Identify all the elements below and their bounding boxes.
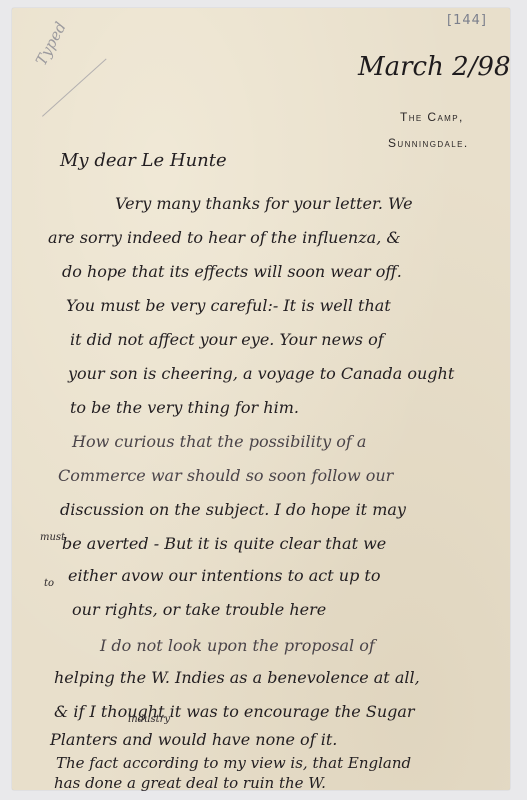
letter-line-8: How curious that the possibility of a bbox=[72, 432, 366, 451]
letter-line-5: it did not affect your eye. Your news of bbox=[70, 330, 384, 349]
letter-line-7: to be the very thing for him. bbox=[70, 398, 299, 417]
letter-line-17: Planters and would have none of it. bbox=[50, 730, 337, 749]
letter-line-10: discussion on the subject. I do hope it … bbox=[60, 500, 406, 519]
letter-line-4: You must be very careful:- It is well th… bbox=[66, 296, 391, 315]
letterhead-line-2: Sunningdale. bbox=[388, 136, 469, 150]
salutation: My dear Le Hunte bbox=[60, 150, 227, 171]
letter-line-2: are sorry indeed to hear of the influenz… bbox=[48, 228, 401, 247]
letter-line-19: has done a great deal to ruin the W. bbox=[54, 774, 326, 792]
letter-line-6: your son is cheering, a voyage to Canada… bbox=[68, 364, 454, 383]
insertion-industry: industry bbox=[128, 714, 170, 725]
letter-line-11: be averted - But it is quite clear that … bbox=[62, 534, 386, 553]
archive-number-stamp: [144] bbox=[447, 13, 487, 28]
letter-line-15: helping the W. Indies as a benevolence a… bbox=[54, 668, 420, 687]
letter-date: March 2/98 bbox=[358, 52, 511, 82]
letter-line-9: Commerce war should so soon follow our bbox=[58, 466, 393, 485]
letter-line-18: The fact according to my view is, that E… bbox=[56, 754, 411, 772]
letter-line-16: & if I thought it was to encourage the S… bbox=[54, 702, 415, 721]
letterhead-line-1: The Camp, bbox=[400, 110, 464, 124]
letter-line-12: either avow our intentions to act up to bbox=[68, 566, 380, 585]
insertion-to: to bbox=[44, 578, 54, 589]
letter-line-1: Very many thanks for your letter. We bbox=[115, 194, 413, 213]
letter-line-3: do hope that its effects will soon wear … bbox=[62, 262, 402, 281]
letter-line-13: our rights, or take trouble here bbox=[72, 600, 326, 619]
letter-line-14: I do not look upon the proposal of bbox=[100, 636, 375, 655]
